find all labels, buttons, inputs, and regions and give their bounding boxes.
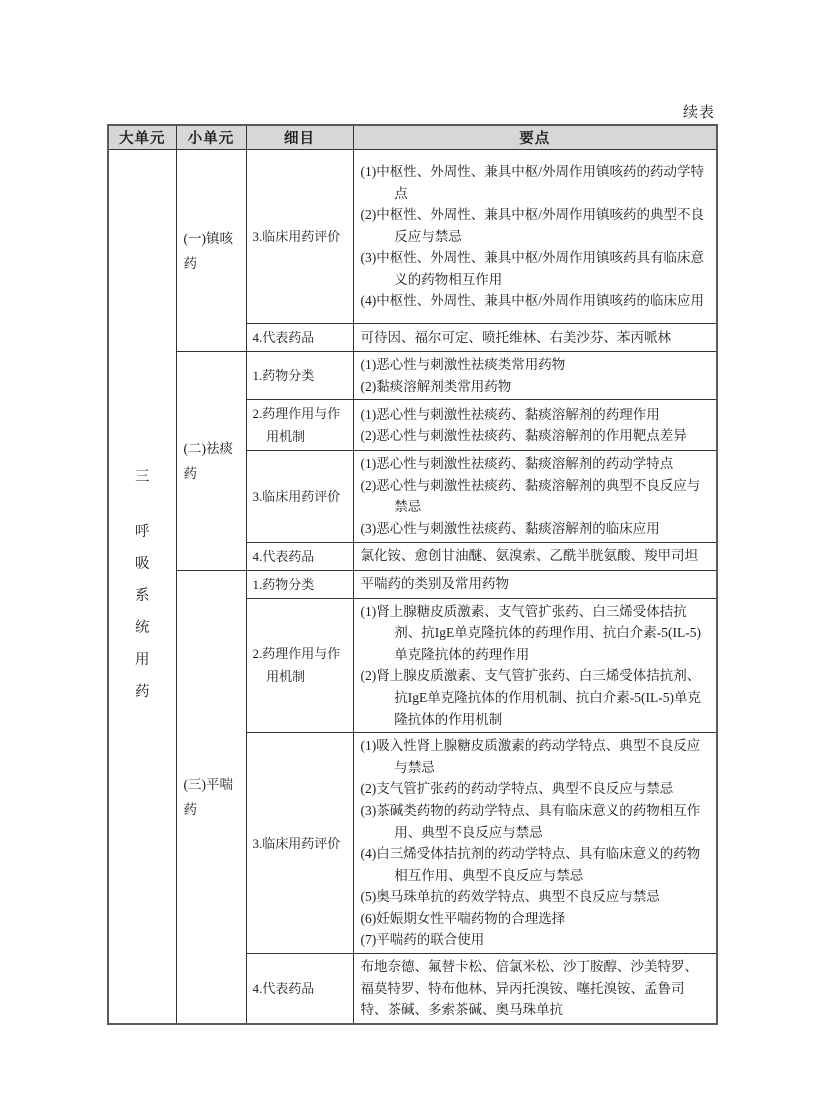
detail-label: 2.药理作用与作用机制 (253, 642, 351, 688)
syllabus-table: 大单元 小单元 细目 要点 三 呼吸系统用药 (一)镇咳药 3.临床用药评价 (… (107, 124, 718, 1025)
detail-cell: 3.临床用药评价 (246, 451, 353, 542)
col-header-minor-unit: 小单元 (176, 125, 246, 150)
point-line: (1)中枢性、外周性、兼具中枢/外周作用镇咳药的药动学特点 (361, 161, 712, 204)
col-header-detail: 细目 (246, 125, 353, 150)
detail-cell: 4.代表药品 (246, 542, 353, 570)
detail-label: 1.药物分类 (253, 573, 351, 596)
point-line: (4)中枢性、外周性、兼具中枢/外周作用镇咳药的临床应用 (361, 290, 712, 312)
detail-cell: 2.药理作用与作用机制 (246, 400, 353, 451)
table-row: (三)平喘药 1.药物分类 平喘药的类别及常用药物 (108, 570, 717, 598)
point-line: (1)恶心性与刺激性祛痰药、黏痰溶解剂的药理作用 (361, 404, 712, 426)
major-unit-cell: 三 呼吸系统用药 (108, 150, 176, 1024)
point-line: (7)平喘药的联合使用 (361, 929, 712, 951)
points-cell: (1)中枢性、外周性、兼具中枢/外周作用镇咳药的药动学特点 (2)中枢性、外周性… (353, 150, 717, 324)
points-cell: 氯化铵、愈创甘油醚、氨溴索、乙酰半胱氨酸、羧甲司坦 (353, 542, 717, 570)
detail-cell: 4.代表药品 (246, 954, 353, 1024)
point-line: (5)奥马珠单抗的药效学特点、典型不良反应与禁忌 (361, 886, 712, 908)
minor-unit-cell: (二)祛痰药 (176, 352, 246, 571)
table-row: (二)祛痰药 1.药物分类 (1)恶心性与刺激性祛痰类常用药物 (2)黏痰溶解剂… (108, 352, 717, 400)
point-line: (2)肾上腺皮质激素、支气管扩张药、白三烯受体拮抗剂、抗IgE单克隆抗体的作用机… (361, 665, 712, 730)
point-line: (3)茶碱类药物的药动学特点、具有临床意义的药物相互作用、典型不良反应与禁忌 (361, 800, 712, 843)
point-line: (1)恶心性与刺激性祛痰类常用药物 (361, 354, 712, 376)
detail-label: 4.代表药品 (253, 977, 351, 1000)
detail-cell: 4.代表药品 (246, 324, 353, 352)
point-line: 平喘药的类别及常用药物 (361, 573, 712, 595)
detail-label: 2.药理作用与作用机制 (253, 402, 351, 448)
minor-unit-cell: (三)平喘药 (176, 570, 246, 1024)
point-line: (2)恶心性与刺激性祛痰药、黏痰溶解剂的作用靶点差异 (361, 425, 712, 447)
points-cell: 可待因、福尔可定、喷托维林、右美沙芬、苯丙哌林 (353, 324, 717, 352)
point-line: (2)支气管扩张药的药动学特点、典型不良反应与禁忌 (361, 778, 712, 800)
detail-cell: 3.临床用药评价 (246, 733, 353, 954)
detail-cell: 2.药理作用与作用机制 (246, 598, 353, 733)
detail-label: 4.代表药品 (253, 326, 351, 349)
detail-cell: 1.药物分类 (246, 352, 353, 400)
point-line: (1)恶心性与刺激性祛痰药、黏痰溶解剂的药动学特点 (361, 453, 712, 475)
points-cell: (1)恶心性与刺激性祛痰药、黏痰溶解剂的药理作用 (2)恶心性与刺激性祛痰药、黏… (353, 400, 717, 451)
detail-label: 3.临床用药评价 (253, 485, 351, 508)
points-cell: (1)吸入性肾上腺糖皮质激素的药动学特点、典型不良反应与禁忌 (2)支气管扩张药… (353, 733, 717, 954)
detail-cell: 3.临床用药评价 (246, 150, 353, 324)
point-line: (2)恶心性与刺激性祛痰药、黏痰溶解剂的典型不良反应与禁忌 (361, 475, 712, 518)
detail-label: 3.临床用药评价 (253, 832, 351, 855)
point-line: (6)妊娠期女性平喘药物的合理选择 (361, 908, 712, 930)
major-unit-name: 呼吸系统用药 (134, 516, 151, 708)
major-unit-number: 三 (110, 465, 175, 486)
point-line: (4)白三烯受体拮抗剂的药动学特点、具有临床意义的药物相互作用、典型不良反应与禁… (361, 843, 712, 886)
detail-label: 4.代表药品 (253, 545, 351, 568)
points-cell: (1)恶心性与刺激性祛痰类常用药物 (2)黏痰溶解剂类常用药物 (353, 352, 717, 400)
point-line: (2)中枢性、外周性、兼具中枢/外周作用镇咳药的典型不良反应与禁忌 (361, 204, 712, 247)
points-cell: (1)恶心性与刺激性祛痰药、黏痰溶解剂的药动学特点 (2)恶心性与刺激性祛痰药、… (353, 451, 717, 542)
point-line: 可待因、福尔可定、喷托维林、右美沙芬、苯丙哌林 (361, 327, 712, 349)
point-line: 布地奈德、氟替卡松、倍氯米松、沙丁胺醇、沙美特罗、福莫特罗、特布他林、异丙托溴铵… (361, 956, 712, 1021)
points-cell: 布地奈德、氟替卡松、倍氯米松、沙丁胺醇、沙美特罗、福莫特罗、特布他林、异丙托溴铵… (353, 954, 717, 1024)
col-header-points: 要点 (353, 125, 717, 150)
point-line: (1)吸入性肾上腺糖皮质激素的药动学特点、典型不良反应与禁忌 (361, 735, 712, 778)
points-cell: (1)肾上腺糖皮质激素、支气管扩张药、白三烯受体拮抗剂、抗IgE单克隆抗体的药理… (353, 598, 717, 733)
minor-unit-cell: (一)镇咳药 (176, 150, 246, 352)
detail-label: 3.临床用药评价 (253, 225, 351, 248)
col-header-major-unit: 大单元 (108, 125, 176, 150)
detail-label: 1.药物分类 (253, 364, 351, 387)
point-line: (2)黏痰溶解剂类常用药物 (361, 376, 712, 398)
point-line: (1)肾上腺糖皮质激素、支气管扩张药、白三烯受体拮抗剂、抗IgE单克隆抗体的药理… (361, 601, 712, 666)
minor-unit-label: (一)镇咳药 (184, 226, 241, 276)
table-row: 三 呼吸系统用药 (一)镇咳药 3.临床用药评价 (1)中枢性、外周性、兼具中枢… (108, 150, 717, 324)
minor-unit-label: (二)祛痰药 (184, 436, 241, 486)
header-row: 大单元 小单元 细目 要点 (108, 125, 717, 150)
continued-table-label: 续表 (107, 101, 715, 122)
points-cell: 平喘药的类别及常用药物 (353, 570, 717, 598)
minor-unit-label: (三)平喘药 (184, 772, 241, 822)
detail-cell: 1.药物分类 (246, 570, 353, 598)
page: { "page": { "continued_label": "续表" }, "… (0, 0, 816, 1100)
point-line: 氯化铵、愈创甘油醚、氨溴索、乙酰半胱氨酸、羧甲司坦 (361, 545, 712, 567)
point-line: (3)恶心性与刺激性祛痰药、黏痰溶解剂的临床应用 (361, 518, 712, 540)
point-line: (3)中枢性、外周性、兼具中枢/外周作用镇咳药具有临床意义的药物相互作用 (361, 247, 712, 290)
